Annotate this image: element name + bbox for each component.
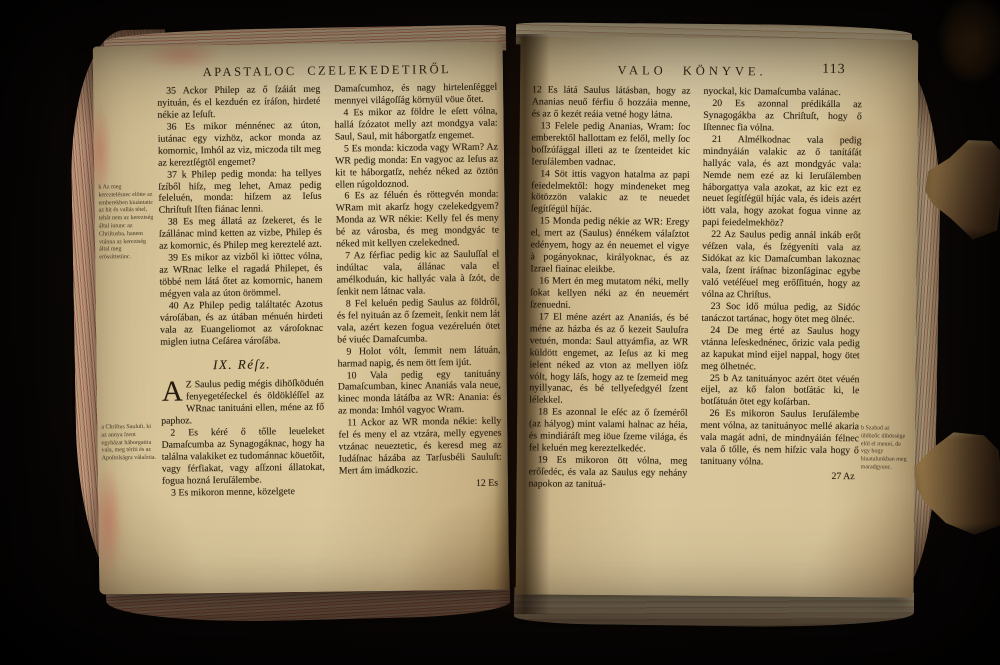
catchword: 12 Es [339, 477, 502, 491]
verse-paragraph: 21 Almélkodnac vala pedig mindnyáián val… [702, 134, 861, 231]
verse-paragraph: 14 Söt ittis vagyon hatalma az papi feie… [531, 168, 690, 217]
verse-paragraph: 24 De meg érté az Saulus hogy vtánna leſ… [701, 325, 860, 374]
verse-paragraph: 22 Az Saulus pedig annál inkáb erőt véſz… [702, 229, 861, 302]
table-corner [938, 0, 1000, 84]
verse-paragraph: 10 Vala pedig egy tanituány Damaſcumban,… [338, 368, 502, 418]
verse-paragraph: 26 Es mikoron Saulus Ieruſálembe ment vó… [700, 408, 859, 469]
margin-note: a Chriſtus Sauluſt, ki az annya ſzent eg… [101, 424, 156, 464]
verse-paragraph: 3 Es mikoron menne, közelgete [162, 486, 325, 500]
right-running-header: VALO KÖNYVE. [532, 62, 852, 80]
catchword: 27 Az [700, 470, 859, 483]
verse-paragraph: 36 Es mikor ménnénec az úton, iutánac eg… [158, 120, 322, 170]
verse-paragraph: 12 Es látá Saulus látásban, hogy az Anan… [532, 84, 691, 121]
verse-paragraph: 37 k Philep pedig monda: ha tellyes ſzíb… [158, 167, 322, 217]
verse-paragraph: 18 Es azonnal le eſéc az ő ſzeméről (az … [529, 407, 688, 456]
verse-paragraph: 15 Monda pedig nékie az WR: Eregy el, me… [530, 216, 689, 277]
red-dye-stain [94, 462, 123, 580]
verse-paragraph: 17 El méne azért az Ananiás, és bé méne … [529, 311, 688, 408]
verse-paragraph: 11 Ackor az WR monda nékie: kelly fel és… [338, 416, 502, 478]
right-page-text: 12 Es látá Saulus látásban, hogy az Anan… [528, 84, 862, 493]
verse-paragraph: 39 Es mikor az vizből ki iöttec vólna, a… [159, 251, 323, 301]
verse-paragraph: 8 Fel keluén pedig Saulus az földről, és… [337, 296, 501, 346]
section-heading: IX. Réſz. [160, 355, 323, 373]
verse-paragraph: 16 Mert én meg mutatom néki, melly ſokat… [530, 275, 689, 312]
verse-paragraph: 20 Es azonnal prédikálla az Synagogákba … [703, 98, 862, 135]
verse-paragraph: AZ Saulus pedig mégis dihöſköduén fenyeg… [161, 378, 325, 428]
page-number: 113 [822, 62, 846, 78]
verse-paragraph: 38 Es meg állatá az ſzekeret, és le ſzál… [159, 215, 322, 253]
verse-paragraph: 7 Az férfiac pedig kic az Sauluſſal el i… [336, 249, 500, 299]
verse-paragraph: 4 Es mikor az földre le eſett vólna, hal… [334, 105, 497, 143]
verse-paragraph: 35 Ackor Philep az ő ſzáiát meg nyituán,… [157, 84, 320, 122]
verse-paragraph: 13 Felele pedig Ananias, Wram: ſoc ember… [531, 120, 690, 169]
left-page-text: 35 Ackor Philep az ő ſzáiát meg nyituán,… [157, 82, 502, 500]
verse-paragraph: 9 Holot vólt, ſemmit nem látuán, harmad … [337, 344, 500, 370]
margin-note: k Az meg kereztelésnec elötte az emberek… [98, 184, 154, 263]
margin-note: b Szabad az üldözőc dihössége elöl el me… [861, 425, 909, 472]
verse-paragraph: 23 Soc idő múlua pedig, az Sidóc tanáczo… [701, 301, 860, 326]
right-page: VALO KÖNYVE. 113 b Szabad az üldözőc dih… [516, 36, 919, 597]
drop-cap-initial: A [161, 380, 186, 404]
verse-paragraph: 40 Az Philep pedig találtatéc Azotus vár… [160, 299, 324, 349]
antique-book-photo: APASTALOC CZELEKEDETIRŐL k Az meg kerezt… [0, 0, 1000, 665]
verse-paragraph: 6 Es az féluén és röttegvén monda: WRam … [335, 189, 499, 251]
verse-paragraph: Damaſcumhoz, és nagy hirtelenſéggel menn… [334, 82, 497, 108]
left-page-column-1: 35 Ackor Philep az ő ſzáiát meg nyituán,… [157, 84, 325, 500]
left-page: APASTALOC CZELEKEDETIRŐL k Az meg kerezt… [93, 42, 510, 595]
left-running-header: APASTALOC CZELEKEDETIRŐL [157, 62, 497, 81]
right-page-column-1: 12 Es látá Saulus látásban, hogy az Anan… [528, 84, 690, 491]
right-page-column-2: nyockal, kic Damaſcumba valánac.20 Es az… [700, 86, 862, 493]
left-page-column-2: Damaſcumhoz, és nagy hirtelenſéggel menn… [334, 82, 502, 498]
verse-paragraph: 19 Es mikoron ött vólna, meg erőſedéc, é… [528, 454, 687, 491]
verse-paragraph: 2 Es kéré ő tőlle leueleket Damaſcumba a… [161, 426, 325, 488]
verse-paragraph: 5 Es monda: kiczoda vagy WRam? Az WR ped… [335, 141, 499, 191]
verse-paragraph: 25 b Az tanituányoc azért ötet véuén eij… [701, 372, 860, 409]
